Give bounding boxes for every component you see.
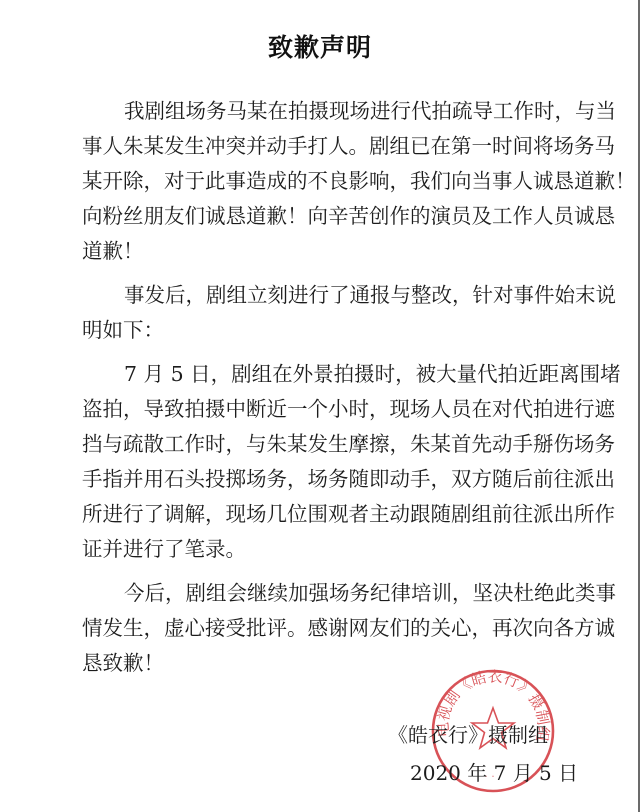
text-line: 明如下： [82,317,562,343]
text-line: 手指并用石头投掷场务，场务随即动手，双方随后前往派出 [82,466,562,492]
text-line: 道歉！ [82,238,562,264]
text-line: 所进行了调解，现场几位围观者主动跟随剧组前往派出所作 [82,501,562,527]
text-line: 我剧组场务马某在拍摄现场进行代拍疏导工作时，与当 [124,98,562,124]
statement-page: 致歉声明 我剧组场务马某在拍摄现场进行代拍疏导工作时，与当 事人朱某发生冲突并动… [0,0,638,812]
document-title: 致歉声明 [0,28,640,64]
text-line: 挡与疏散工作时，与朱某发生摩擦，朱某首先动手掰伤场务 [82,431,562,457]
text-line: 某开除，对于此事造成的不良影响，我们向当事人诚恳道歉！ [82,168,562,194]
text-line: 向粉丝朋友们诚恳道歉！向辛苦创作的演员及工作人员诚恳 [82,203,562,229]
text-line: 证并进行了笔录。 [82,536,562,562]
text-line: 事发后，剧组立刻进行了通报与整改，针对事件始末说 [124,282,562,308]
text-line: 事人朱某发生冲突并动手打人。剧组已在第一时间将场务马 [82,133,562,159]
signature-organization: 《皓衣行》摄制组 [388,722,588,748]
text-line: 情发生，虚心接受批评。感谢网友们的关心，再次向各方诚 [82,615,562,641]
text-line: 盗拍，导致拍摄中断近一个小时，现场人员在对代拍进行遮 [82,396,562,422]
text-line: 7 月 5 日，剧组在外景拍摄时，被大量代拍近距离围堵 [124,361,562,387]
signature-date: 2020 年 7 月 5 日 [410,760,610,786]
text-line: 今后，剧组会继续加强场务纪律培训，坚决杜绝此类事 [124,580,562,606]
